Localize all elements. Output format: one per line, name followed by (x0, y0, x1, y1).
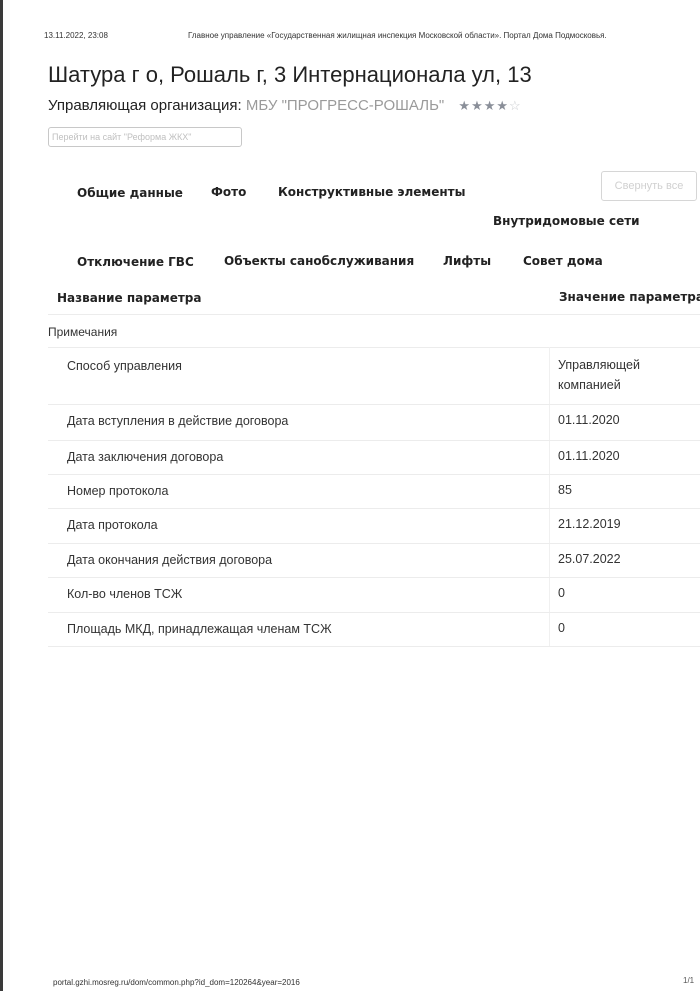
star-filled-icon: ★ (484, 98, 497, 113)
divider (48, 314, 700, 315)
tab-sanitary-facilities[interactable]: Объекты санобслуживания (224, 254, 414, 268)
row-divider (48, 577, 700, 578)
org-label: Управляющая организация: (48, 97, 242, 114)
table-row-label: Дата заключения договора (67, 450, 223, 464)
tab-general-data[interactable]: Общие данные (77, 186, 183, 200)
row-divider (48, 474, 700, 475)
table-row-label: Кол-во членов ТСЖ (67, 587, 182, 601)
footer-url: portal.gzhi.mosreg.ru/dom/common.php?id_… (53, 978, 300, 987)
star-empty-icon: ☆ (509, 98, 522, 113)
print-site-title: Главное управление «Государственная жили… (188, 31, 607, 40)
table-row-value: Управляющей компанией (558, 355, 678, 395)
table-row-value: 01.11.2020 (558, 410, 678, 430)
star-filled-icon: ★ (471, 98, 484, 113)
table-row-value: 01.11.2020 (558, 446, 678, 466)
row-divider (48, 440, 700, 441)
column-header-name: Название параметра (57, 291, 202, 305)
print-datetime: 13.11.2022, 23:08 (44, 31, 108, 40)
table-row-label: Дата вступления в действие договора (67, 414, 288, 428)
row-divider (48, 543, 700, 544)
table-row-value: 0 (558, 618, 678, 638)
table-row-value: 21.12.2019 (558, 514, 678, 534)
footer-page-number: 1/1 (683, 976, 694, 985)
tab-photo[interactable]: Фото (211, 185, 246, 199)
table-row-value: 85 (558, 480, 678, 500)
tab-house-council[interactable]: Совет дома (523, 254, 603, 268)
star-filled-icon: ★ (458, 98, 471, 113)
table-row-label: Дата протокола (67, 518, 158, 532)
table-row-label: Площадь МКД, принадлежащая членам ТСЖ (67, 622, 332, 636)
row-divider (48, 404, 700, 405)
row-divider (48, 508, 700, 509)
column-divider (549, 347, 550, 647)
column-header-value: Значение параметра (559, 290, 700, 304)
goto-reform-zhkh-button[interactable]: Перейти на сайт "Реформа ЖКХ" (48, 127, 242, 147)
tab-in-house-networks[interactable]: Внутридомовые сети (493, 214, 640, 228)
scan-edge (0, 0, 3, 991)
table-row-label: Способ управления (67, 359, 182, 373)
tab-structural-elements[interactable]: Конструктивные элементы (278, 185, 465, 199)
tab-elevators[interactable]: Лифты (443, 254, 491, 268)
star-filled-icon: ★ (496, 98, 509, 113)
tab-hot-water-outage[interactable]: Отключение ГВС (77, 255, 194, 269)
row-divider (48, 646, 700, 647)
table-row-label: Номер протокола (67, 484, 168, 498)
org-name-link[interactable]: МБУ "ПРОГРЕСС-РОШАЛЬ" (246, 97, 444, 114)
section-notes: Примечания (48, 325, 117, 339)
management-org: Управляющая организация: МБУ "ПРОГРЕСС-Р… (48, 97, 522, 114)
table-row-value: 25.07.2022 (558, 549, 678, 569)
divider (48, 347, 700, 348)
rating-stars: ★★★★☆ (458, 98, 521, 113)
page-title: Шатура г о, Рошаль г, 3 Интернационала у… (48, 62, 532, 88)
table-row-value: 0 (558, 583, 678, 603)
row-divider (48, 612, 700, 613)
collapse-all-button[interactable]: Свернуть все (601, 171, 697, 201)
table-row-label: Дата окончания действия договора (67, 553, 272, 567)
